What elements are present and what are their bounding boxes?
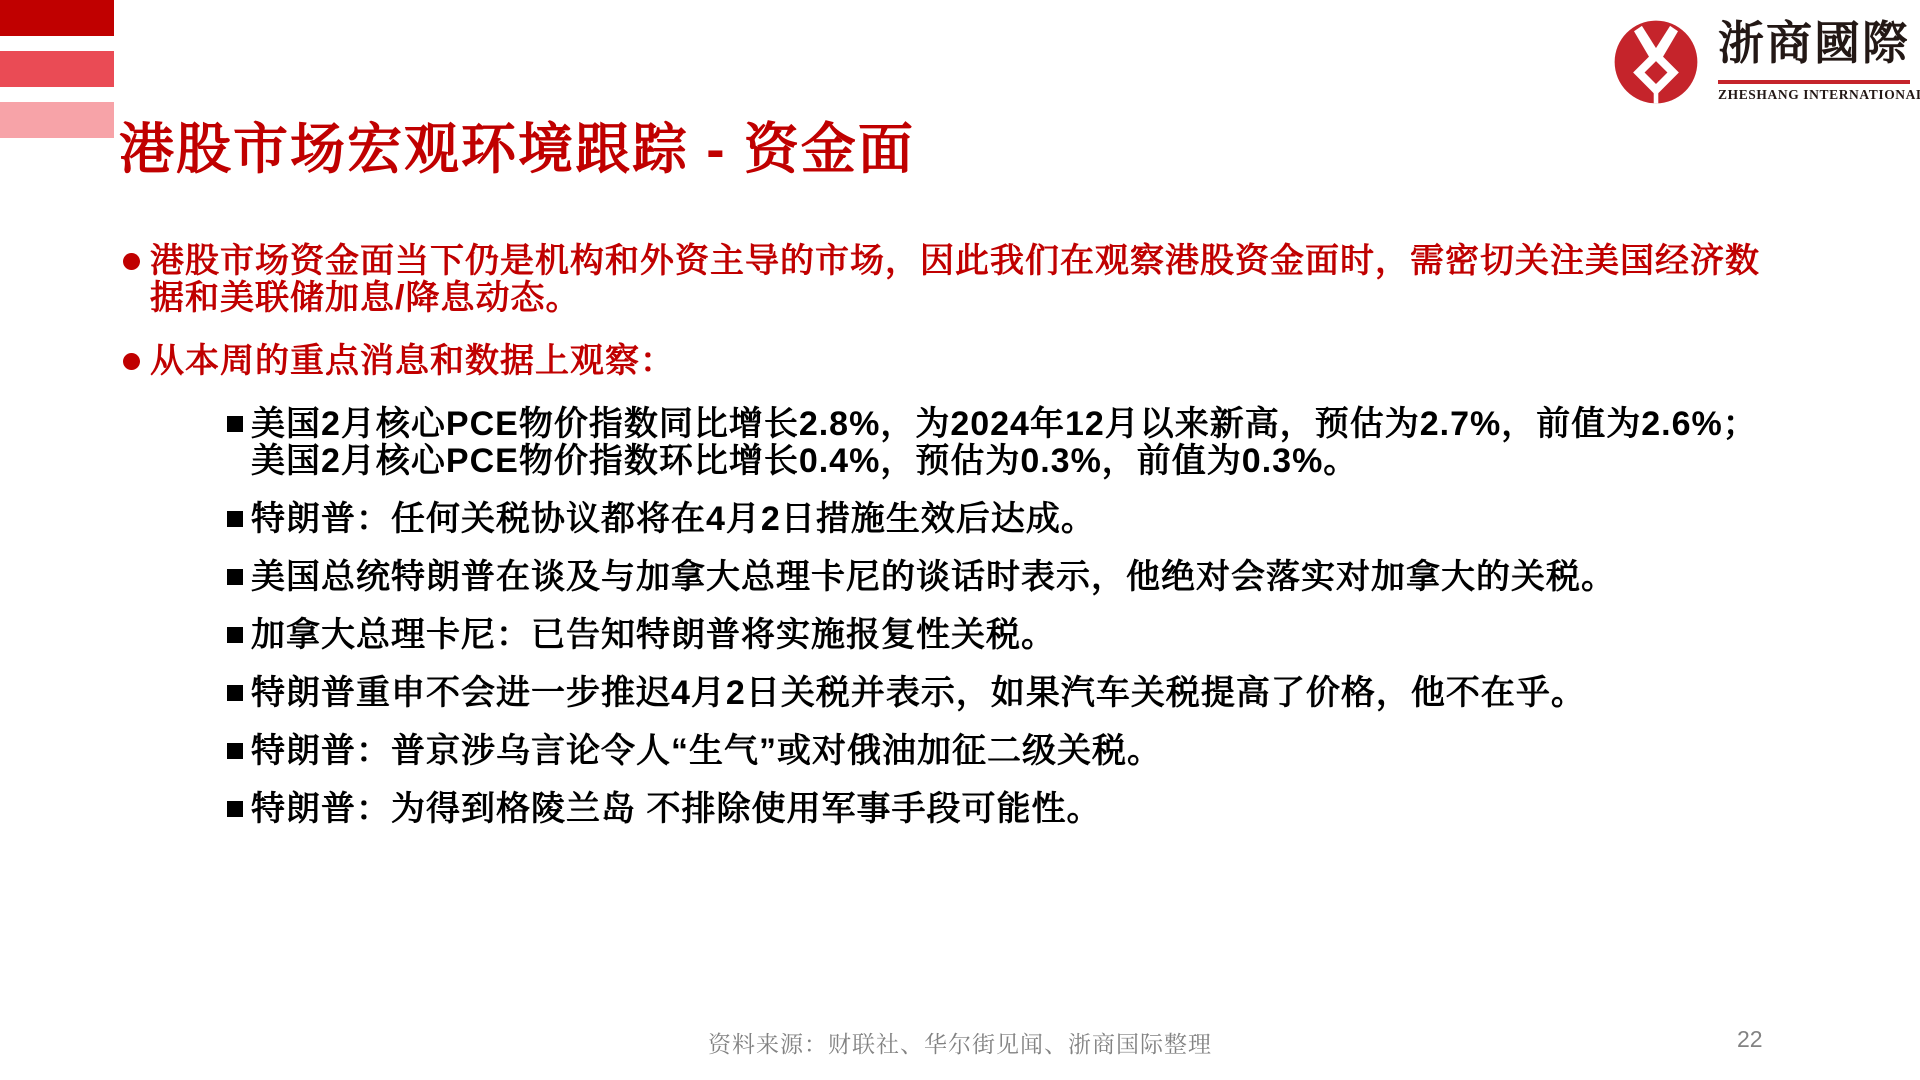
bullet-item-market-funding: 港股市场资金面当下仍是机构和外资主导的市场，因此我们在观察港股资金面时，需密切关… [0, 243, 1920, 317]
slide-title: 港股市场宏观环境跟踪 - 资金面 [119, 118, 915, 181]
bullet-text: 从本周的重点消息和数据上观察： [150, 343, 675, 380]
footer-source-note: 资料来源：财联社、华尔街见闻、浙商国际整理 [0, 1026, 1920, 1059]
slide-body: 港股市场资金面当下仍是机构和外资主导的市场，因此我们在观察港股资金面时，需密切关… [0, 243, 1920, 849]
sub-bullet-text: 特朗普：为得到格陵兰岛 不排除使用军事手段可能性。 [251, 791, 1101, 828]
sub-bullet-text: 加拿大总理卡尼：已告知特朗普将实施报复性关税。 [251, 617, 1056, 654]
corner-bar-dark [0, 0, 114, 36]
logo-company-name-cn: 浙商國際 [1718, 14, 1920, 72]
sub-bullet-carney-retaliation: 加拿大总理卡尼：已告知特朗普将实施报复性关税。 [227, 617, 1920, 654]
sub-bullet-russia-oil: 特朗普：普京涉乌言论令人“生气”或对俄油加征二级关税。 [227, 733, 1920, 770]
sub-bullet-greenland: 特朗普：为得到格陵兰岛 不排除使用军事手段可能性。 [227, 791, 1920, 828]
company-logo: 浙商國際 ZHESHANG INTERNATIONAL [1612, 14, 1920, 106]
sub-bullet-canada-tariff: 美国总统特朗普在谈及与加拿大总理卡尼的谈话时表示，他绝对会落实对加拿大的关税。 [227, 559, 1920, 596]
bullet-item-weekly-observation: 从本周的重点消息和数据上观察： [0, 343, 1920, 380]
logo-emblem-icon [1612, 18, 1700, 106]
square-bullet-icon [227, 743, 243, 759]
square-bullet-icon [227, 511, 243, 527]
sub-bullet-text: 特朗普重申不会进一步推迟4月2日关税并表示，如果汽车关税提高了价格，他不在乎。 [251, 675, 1586, 712]
corner-bar-medium [0, 51, 114, 87]
sub-bullet-text: 美国总统特朗普在谈及与加拿大总理卡尼的谈话时表示，他绝对会落实对加拿大的关税。 [251, 559, 1616, 596]
corner-bar-light [0, 102, 114, 138]
page-number: 22 [1737, 1026, 1763, 1053]
sub-bullet-no-delay: 特朗普重申不会进一步推迟4月2日关税并表示，如果汽车关税提高了价格，他不在乎。 [227, 675, 1920, 712]
sub-bullet-list: 美国2月核心PCE物价指数同比增长2.8%，为2024年12月以来新高，预估为2… [0, 406, 1920, 828]
bullet-dot-icon [123, 353, 140, 370]
logo-text-block: 浙商國際 ZHESHANG INTERNATIONAL [1718, 14, 1920, 103]
square-bullet-icon [227, 801, 243, 817]
sub-bullet-text: 特朗普：普京涉乌言论令人“生气”或对俄油加征二级关税。 [251, 733, 1162, 770]
logo-divider-rule [1718, 80, 1910, 84]
presentation-slide: 浙商國際 ZHESHANG INTERNATIONAL 港股市场宏观环境跟踪 -… [0, 0, 1920, 1080]
bullet-dot-icon [123, 253, 140, 270]
sub-bullet-text: 特朗普：任何关税协议都将在4月2日措施生效后达成。 [251, 501, 1096, 538]
square-bullet-icon [227, 416, 243, 432]
square-bullet-icon [227, 685, 243, 701]
logo-company-name-en: ZHESHANG INTERNATIONAL [1718, 87, 1920, 103]
sub-bullet-text: 美国2月核心PCE物价指数同比增长2.8%，为2024年12月以来新高，预估为2… [251, 406, 1758, 480]
sub-bullet-tariff-agreement: 特朗普：任何关税协议都将在4月2日措施生效后达成。 [227, 501, 1920, 538]
bullet-text: 港股市场资金面当下仍是机构和外资主导的市场，因此我们在观察港股资金面时，需密切关… [150, 243, 1760, 317]
square-bullet-icon [227, 627, 243, 643]
square-bullet-icon [227, 569, 243, 585]
sub-bullet-pce-data: 美国2月核心PCE物价指数同比增长2.8%，为2024年12月以来新高，预估为2… [227, 406, 1920, 480]
